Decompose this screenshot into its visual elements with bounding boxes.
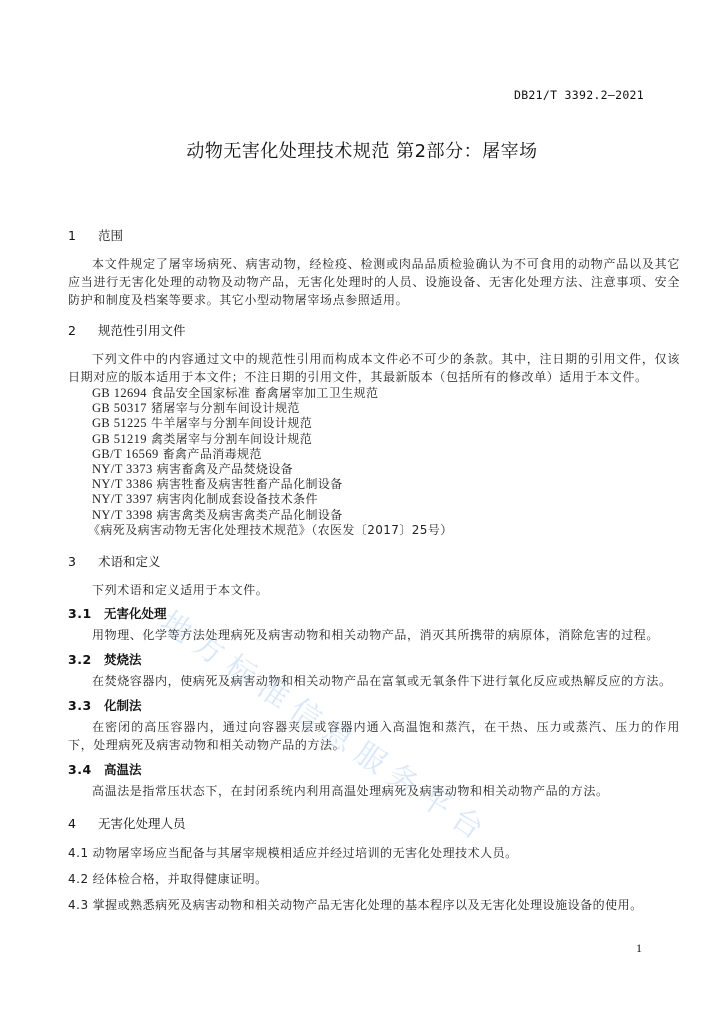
clause-number: 4.2 — [68, 872, 89, 886]
clause-number: 4.1 — [68, 846, 89, 860]
reference-name: 猪屠宰与分割车间设计规范 — [151, 401, 300, 415]
reference-code: NY/T 3386 — [92, 477, 153, 491]
reference-name: 禽类屠宰与分割车间设计规范 — [151, 432, 312, 446]
section-number: 1 — [68, 227, 98, 245]
document-title: 动物无害化处理技术规范 第2部分：屠宰场 — [0, 137, 724, 163]
clause-item: 4.1动物屠宰场应当配备与其屠宰规模相适应并经过培训的无害化处理技术人员。 — [68, 844, 680, 862]
reference-code: GB 51225 — [92, 416, 147, 430]
reference-code: NY/T 3398 — [92, 508, 153, 522]
term-number: 3.4 — [68, 761, 104, 779]
section-title: 无害化处理人员 — [98, 815, 186, 833]
reference-name: 病害禽类及病害禽类产品化制设备 — [157, 508, 343, 522]
reference-name: 食品安全国家标准 畜禽屠宰加工卫生规范 — [151, 386, 378, 400]
reference-item: NY/T 3373病害畜禽及产品焚烧设备 — [68, 462, 680, 477]
standard-code: DB21/T 3392.2—2021 — [514, 88, 644, 102]
clause-text: 经体检合格，并取得健康证明。 — [93, 872, 268, 886]
term-name: 化制法 — [104, 697, 142, 715]
term-definition: 在焚烧容器内，使病死及病害动物和相关动物产品在富氧或无氧条件下进行氧化反应或热解… — [68, 672, 680, 690]
clause-number: 4.3 — [68, 898, 89, 912]
term-number: 3.3 — [68, 697, 104, 715]
section-number: 2 — [68, 322, 98, 340]
reference-code: GB/T 16569 — [92, 447, 159, 461]
page-number: 1 — [636, 941, 642, 956]
paragraph: 下列文件中的内容通过文中的规范性引用而构成本文件必不可少的条款。其中，注日期的引… — [68, 350, 680, 386]
term-entry: 3.2 焚烧法 在焚烧容器内，使病死及病害动物和相关动物产品在富氧或无氧条件下进… — [68, 650, 680, 690]
section-normative-references: 2 规范性引用文件 下列文件中的内容通过文中的规范性引用而构成本文件必不可少的条… — [68, 321, 680, 538]
section-heading: 2 规范性引用文件 — [68, 321, 680, 341]
reference-item: NY/T 3398病害禽类及病害禽类产品化制设备 — [68, 508, 680, 523]
reference-code: NY/T 3373 — [92, 462, 153, 476]
term-heading: 3.1 无害化处理 — [68, 604, 680, 624]
reference-name: 牛羊屠宰与分割车间设计规范 — [151, 416, 312, 430]
reference-code: GB 50317 — [92, 401, 147, 415]
clause-text: 掌握或熟悉病死及病害动物和相关动物产品无害化处理的基本程序以及无害化处理设施设备… — [93, 898, 643, 912]
paragraph: 下列术语和定义适用于本文件。 — [68, 581, 680, 599]
section-scope: 1 范围 本文件规定了屠宰场病死、病害动物，经检疫、检测或肉品品质检验确认为不可… — [68, 226, 680, 309]
section-personnel: 4 无害化处理人员 4.1动物屠宰场应当配备与其屠宰规模相适应并经过培训的无害化… — [68, 814, 680, 914]
reference-item: NY/T 3386病害牲畜及病害牲畜产品化制设备 — [68, 477, 680, 492]
paragraph: 本文件规定了屠宰场病死、病害动物，经检疫、检测或肉品品质检验确认为不可食用的动物… — [68, 255, 680, 309]
term-name: 高温法 — [104, 761, 142, 779]
reference-item: GB 51225牛羊屠宰与分割车间设计规范 — [68, 416, 680, 431]
section-terms-definitions: 3 术语和定义 下列术语和定义适用于本文件。 3.1 无害化处理 用物理、化学等… — [68, 552, 680, 800]
reference-name: 病害肉化制成套设备技术条件 — [157, 492, 318, 506]
document-body: 1 范围 本文件规定了屠宰场病死、病害动物，经检疫、检测或肉品品质检验确认为不可… — [68, 226, 680, 914]
term-heading: 3.4 高温法 — [68, 760, 680, 780]
section-title: 术语和定义 — [98, 553, 161, 571]
term-definition: 高温法是指常压状态下，在封闭系统内利用高温处理病死及病害动物和相关动物产品的方法… — [68, 782, 680, 800]
section-number: 4 — [68, 815, 98, 833]
term-number: 3.1 — [68, 605, 104, 623]
term-name: 焚烧法 — [104, 651, 142, 669]
reference-item-document: 《病死及病害动物无害化处理技术规范》（农医发〔2017〕25号） — [68, 523, 680, 538]
term-entry: 3.1 无害化处理 用物理、化学等方法处理病死及病害动物和相关动物产品，消灭其所… — [68, 604, 680, 644]
term-number: 3.2 — [68, 651, 104, 669]
clause-item: 4.2经体检合格，并取得健康证明。 — [68, 870, 680, 888]
section-heading: 1 范围 — [68, 226, 680, 246]
term-entry: 3.3 化制法 在密闭的高压容器内，通过向容器夹层或容器内通入高温饱和蒸汽，在干… — [68, 696, 680, 754]
reference-item: GB 50317猪屠宰与分割车间设计规范 — [68, 401, 680, 416]
section-heading: 4 无害化处理人员 — [68, 814, 680, 834]
reference-code: GB 51219 — [92, 432, 147, 446]
term-heading: 3.3 化制法 — [68, 696, 680, 716]
term-name: 无害化处理 — [104, 605, 167, 623]
section-number: 3 — [68, 553, 98, 571]
section-title: 范围 — [98, 227, 123, 245]
reference-item: GB 12694食品安全国家标准 畜禽屠宰加工卫生规范 — [68, 386, 680, 401]
term-heading: 3.2 焚烧法 — [68, 650, 680, 670]
reference-item: NY/T 3397病害肉化制成套设备技术条件 — [68, 492, 680, 507]
clause-text: 动物屠宰场应当配备与其屠宰规模相适应并经过培训的无害化处理技术人员。 — [93, 846, 518, 860]
reference-list: GB 12694食品安全国家标准 畜禽屠宰加工卫生规范 GB 50317猪屠宰与… — [68, 386, 680, 538]
reference-item: GB 51219禽类屠宰与分割车间设计规范 — [68, 432, 680, 447]
reference-name: 病害畜禽及产品焚烧设备 — [157, 462, 293, 476]
term-definition: 用物理、化学等方法处理病死及病害动物和相关动物产品，消灭其所携带的病原体，消除危… — [68, 626, 680, 644]
term-entry: 3.4 高温法 高温法是指常压状态下，在封闭系统内利用高温处理病死及病害动物和相… — [68, 760, 680, 800]
document-page: DB21/T 3392.2—2021 动物无害化处理技术规范 第2部分：屠宰场 … — [0, 0, 724, 1024]
term-definition: 在密闭的高压容器内，通过向容器夹层或容器内通入高温饱和蒸汽，在干热、压力或蒸汽、… — [68, 718, 680, 754]
reference-code: GB 12694 — [92, 386, 147, 400]
section-heading: 3 术语和定义 — [68, 552, 680, 572]
reference-item: GB/T 16569畜禽产品消毒规范 — [68, 447, 680, 462]
reference-code: NY/T 3397 — [92, 492, 153, 506]
reference-name: 病害牲畜及病害牲畜产品化制设备 — [157, 477, 343, 491]
section-title: 规范性引用文件 — [98, 322, 186, 340]
clause-item: 4.3掌握或熟悉病死及病害动物和相关动物产品无害化处理的基本程序以及无害化处理设… — [68, 896, 680, 914]
reference-name: 畜禽产品消毒规范 — [163, 447, 262, 461]
